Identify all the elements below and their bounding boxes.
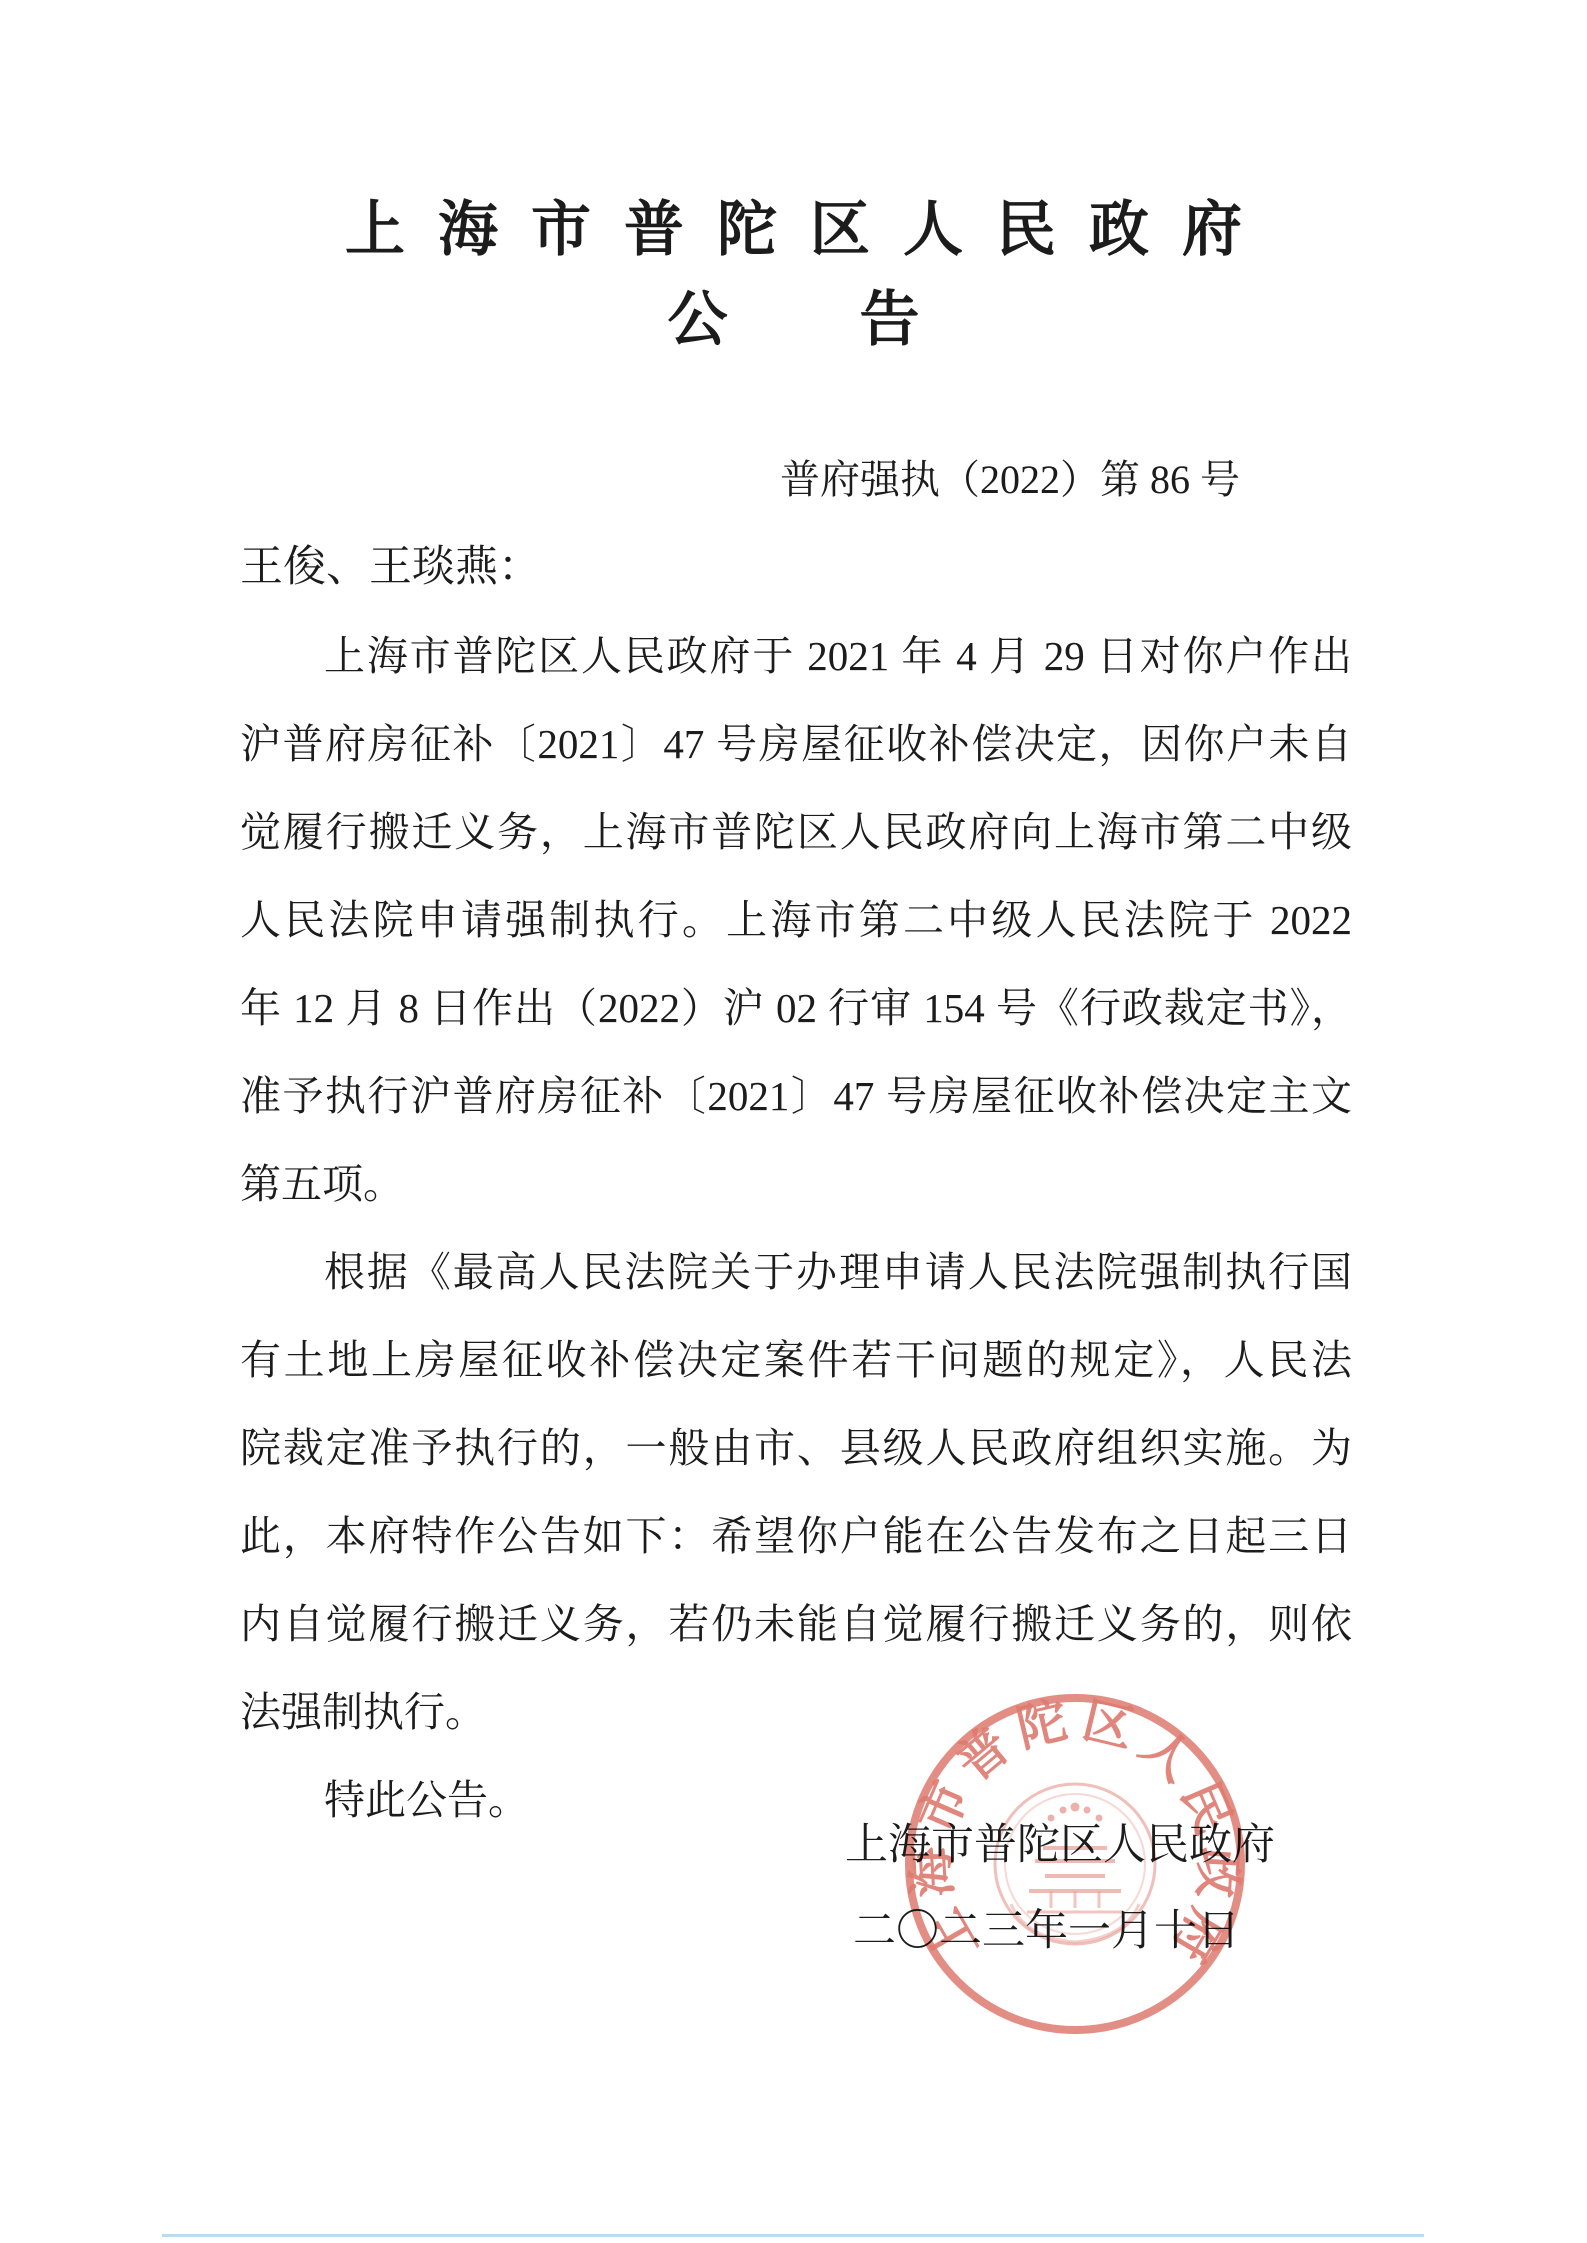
body-line: 此，本府特作公告如下：希望你户能在公告发布之日起三日 xyxy=(240,1492,1352,1580)
body-line: 上海市普陀区人民政府于 2021 年 4 月 29 日对你户作出 xyxy=(240,612,1352,700)
body-line: 第五项。 xyxy=(240,1140,1352,1228)
body-line: 有土地上房屋征收补偿决定案件若干问题的规定》，人民法 xyxy=(240,1316,1352,1404)
document-body: 上海市普陀区人民政府于 2021 年 4 月 29 日对你户作出 沪普府房征补〔… xyxy=(240,612,1352,1844)
issue-date: 二〇二三年一月十日 xyxy=(240,1888,1352,1976)
body-line: 沪普府房征补〔2021〕47 号房屋征收补偿决定，因你户未自 xyxy=(240,700,1352,788)
body-line: 内自觉履行搬迁义务，若仍未能自觉履行搬迁义务的，则依 xyxy=(240,1580,1352,1668)
footer-rule xyxy=(162,2234,1424,2237)
addressee: 王俊、王琰燕： xyxy=(240,524,1352,612)
body-line: 年 12 月 8 日作出（2022）沪 02 行审 154 号《行政裁定书》， xyxy=(240,964,1352,1052)
document-page: 上海市普陀区人民政府 公告 普府强执（2022）第 86 号 王俊、王琰燕： 上… xyxy=(0,0,1587,2243)
body-line: 院裁定准予执行的，一般由市、县级人民政府组织实施。为 xyxy=(240,1404,1352,1492)
body-line: 根据《最高人民法院关于办理申请人民法院强制执行国 xyxy=(240,1228,1352,1316)
document-number: 普府强执（2022）第 86 号 xyxy=(240,436,1352,524)
document-title-line2: 公告 xyxy=(0,272,1587,358)
body-line: 准予执行沪普府房征补〔2021〕47 号房屋征收补偿决定主文 xyxy=(240,1052,1352,1140)
body-line: 法强制执行。 xyxy=(240,1668,1352,1756)
body-line: 人民法院申请强制执行。上海市第二中级人民法院于 2022 xyxy=(240,876,1352,964)
issuer-signature: 上海市普陀区人民政府 xyxy=(240,1802,1352,1890)
body-line: 觉履行搬迁义务，上海市普陀区人民政府向上海市第二中级 xyxy=(240,788,1352,876)
document-title-line1: 上海市普陀区人民政府 xyxy=(0,182,1587,268)
